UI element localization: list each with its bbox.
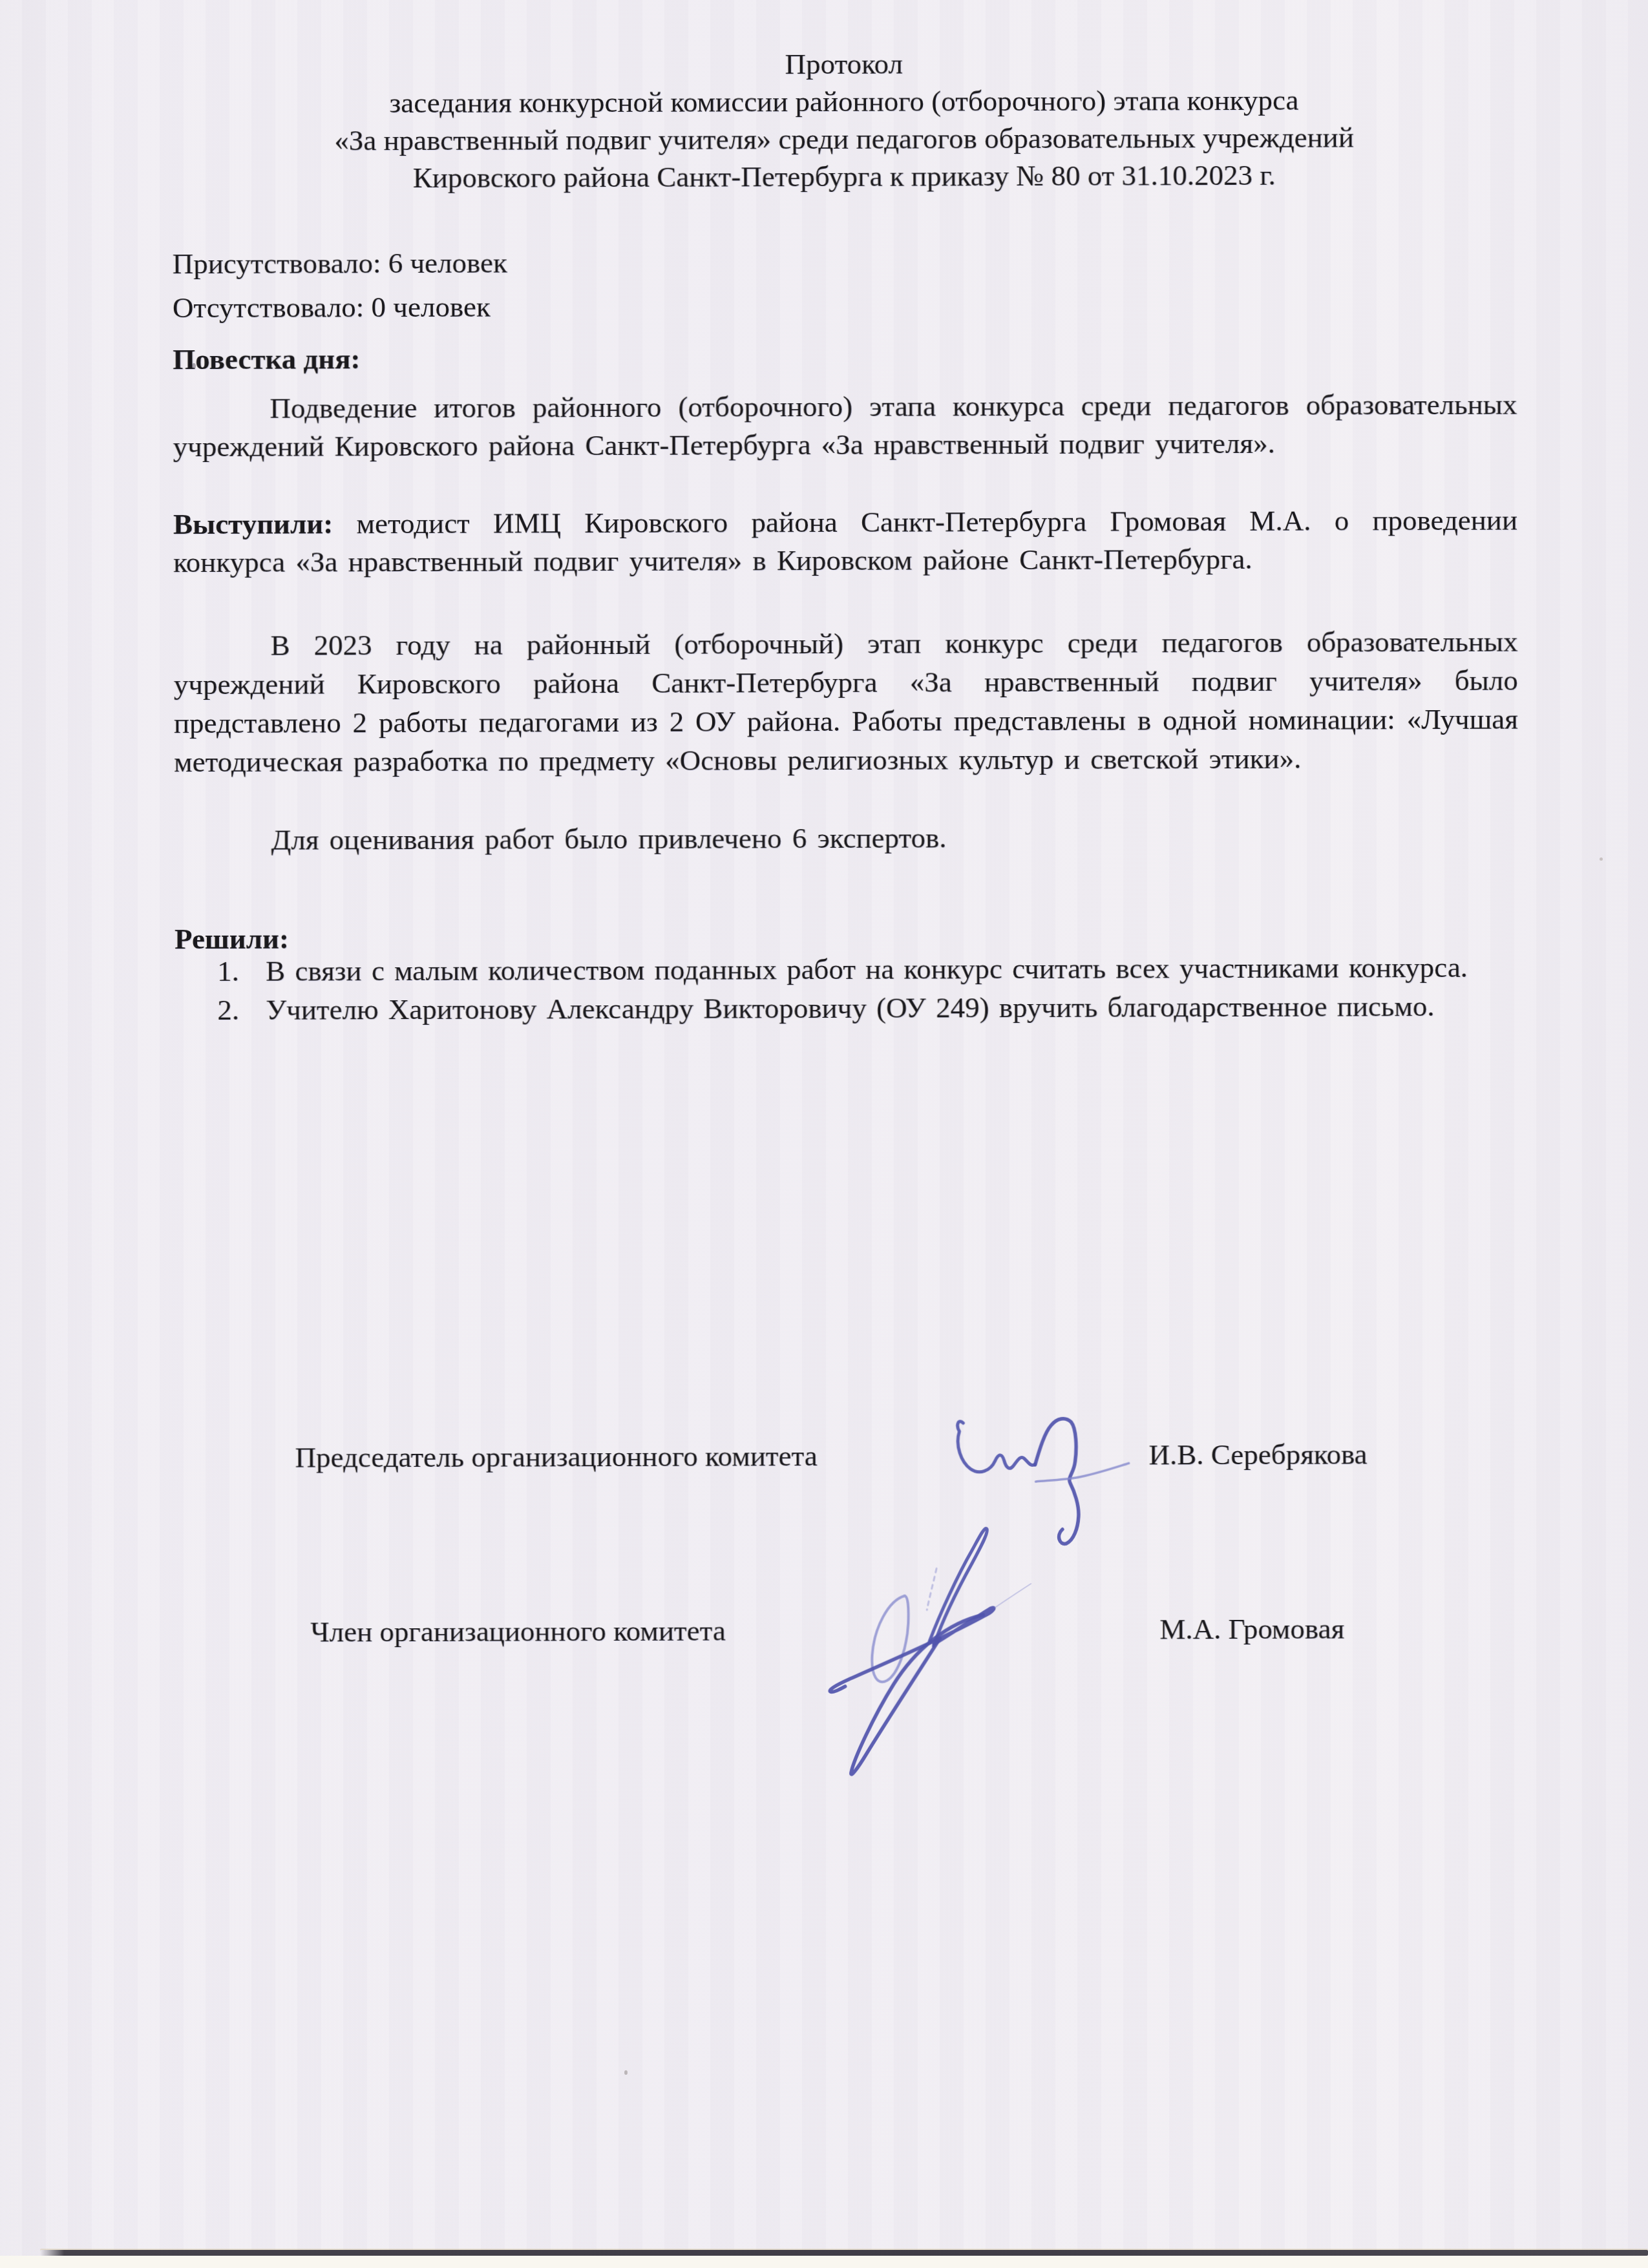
title-line-3: «За нравственный подвиг учителя» среди п… xyxy=(172,118,1516,160)
signature-name-chair: И.В. Серебрякова xyxy=(1148,1435,1367,1473)
decision-item-2: 2. Учителю Харитонову Александру Викторо… xyxy=(174,987,1519,1030)
signature-name-member: М.А. Громовая xyxy=(1159,1610,1344,1648)
decision-number-1: 1. xyxy=(217,952,239,991)
document-title: Протокол заседания конкурсной комиссии р… xyxy=(172,43,1517,198)
document-content: Протокол заседания конкурсной комиссии р… xyxy=(0,0,1648,2268)
present-count-line: Присутствовало: 6 человек xyxy=(173,241,1517,283)
speakers-paragraph: Выступили: методист ИМЦ Кировского район… xyxy=(173,501,1517,582)
agenda-heading: Повестка дня: xyxy=(173,337,1517,379)
paper-bottom-edge xyxy=(40,2250,1648,2256)
title-line-4: Кировского района Санкт-Петербурга к при… xyxy=(172,156,1516,198)
decision-text-2: Учителю Харитонову Александру Викторович… xyxy=(266,990,1434,1026)
scanned-document-page: Протокол заседания конкурсной комиссии р… xyxy=(0,0,1648,2268)
decision-number-2: 2. xyxy=(217,991,239,1029)
speakers-label: Выступили: xyxy=(173,507,333,540)
scanner-background-strip xyxy=(0,2256,1648,2268)
decisions-list: 1. В связи с малым количеством поданных … xyxy=(174,948,1519,1030)
results-paragraph: В 2023 году на районный (отборочный) эта… xyxy=(174,622,1519,782)
decision-item-1: 1. В связи с малым количеством поданных … xyxy=(174,948,1519,991)
title-line-2: заседания конкурсной комиссии районного … xyxy=(172,81,1516,123)
speakers-text: методист ИМЦ Кировского района Санкт-Пет… xyxy=(173,504,1517,579)
signature-ink-gromovaya xyxy=(822,1521,1039,1783)
signature-role-member: Член организационного комитета xyxy=(310,1612,726,1650)
experts-line: Для оценивания работ было привлечено 6 э… xyxy=(174,817,1518,860)
title-line-1: Протокол xyxy=(172,43,1516,85)
decision-text-1: В связи с малым количеством поданных раб… xyxy=(266,951,1468,987)
agenda-paragraph: Подведение итогов районного (отборочного… xyxy=(173,386,1517,467)
absent-count-line: Отсутствовало: 0 человек xyxy=(173,285,1517,327)
signature-role-chair: Председатель организационного комитета xyxy=(295,1437,817,1476)
